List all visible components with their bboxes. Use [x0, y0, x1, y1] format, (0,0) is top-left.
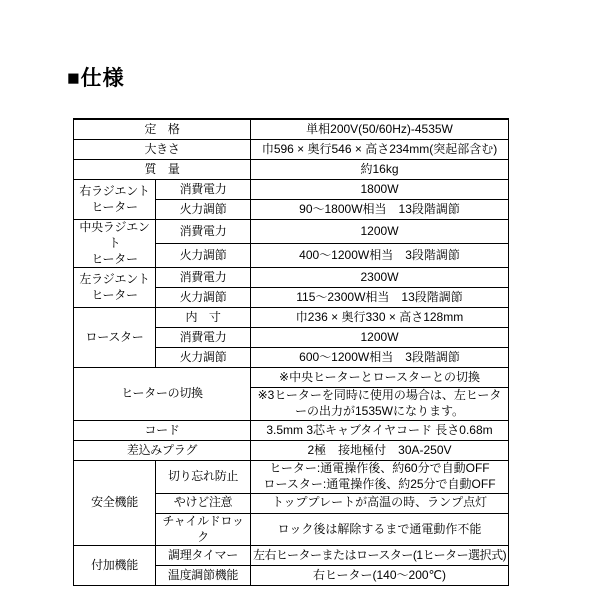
center-heater-range-label: 火力調節 [156, 244, 251, 268]
left-heater-power-label: 消費電力 [156, 268, 251, 288]
center-heater-power-label: 消費電力 [156, 220, 251, 244]
weight-value: 約16kg [251, 160, 509, 180]
switching-label: ヒーターの切換 [74, 368, 251, 421]
left-heater-range-value: 115～2300W相当 13段階調節 [251, 288, 509, 308]
rating-label: 定 格 [74, 119, 251, 140]
right-heater-range-value: 90～1800W相当 13段階調節 [251, 200, 509, 220]
extra-label: 付加機能 [74, 546, 156, 586]
extra-temp-value: 右ヒーター(140～200℃) [251, 566, 509, 586]
row-rating: 定 格 単相200V(50/60Hz)-4535W [74, 119, 509, 140]
weight-label: 質 量 [74, 160, 251, 180]
roaster-inner-value: 巾236 × 奥行330 × 高さ128mm [251, 308, 509, 328]
row-cord: コード 3.5mm 3芯キャブタイヤコード 長さ0.68m [74, 421, 509, 441]
extra-temp-label: 温度調節機能 [156, 566, 251, 586]
safety-autooff-label: 切り忘れ防止 [156, 461, 251, 494]
extra-timer-label: 調理タイマー [156, 546, 251, 566]
left-heater-range-label: 火力調節 [156, 288, 251, 308]
center-heater-label: 中央ラジエント ヒーター [74, 220, 156, 268]
row-size: 大きさ 巾596 × 奥行546 × 高さ234mm(突起部含む) [74, 140, 509, 160]
row-left-heater-power: 左ラジエント ヒーター 消費電力 2300W [74, 268, 509, 288]
row-extra-timer: 付加機能 調理タイマー 左右ヒーターまたはロースター(1ヒーター選択式) [74, 546, 509, 566]
page-title: ■仕様 [67, 62, 125, 92]
cord-value: 3.5mm 3芯キャブタイヤコード 長さ0.68m [251, 421, 509, 441]
row-safety-autooff: 安全機能 切り忘れ防止 ヒーター:通電操作後、約60分で自動OFF ロースター:… [74, 461, 509, 494]
spec-sheet-page: ■仕様 定 格 単相200V(50/60Hz)-4535W 大きさ 巾596 ×… [0, 0, 600, 600]
left-heater-label: 左ラジエント ヒーター [74, 268, 156, 308]
row-weight: 質 量 約16kg [74, 160, 509, 180]
left-heater-power-value: 2300W [251, 268, 509, 288]
safety-label: 安全機能 [74, 461, 156, 546]
roaster-inner-label: 内 寸 [156, 308, 251, 328]
safety-burn-value: トッププレートが高温の時、ランプ点灯 [251, 493, 509, 513]
rating-value: 単相200V(50/60Hz)-4535W [251, 119, 509, 140]
right-heater-range-label: 火力調節 [156, 200, 251, 220]
plug-label: 差込みプラグ [74, 441, 251, 461]
roaster-range-value: 600～1200W相当 3段階調節 [251, 348, 509, 368]
roaster-range-label: 火力調節 [156, 348, 251, 368]
spec-table: 定 格 単相200V(50/60Hz)-4535W 大きさ 巾596 × 奥行5… [73, 118, 509, 586]
cord-label: コード [74, 421, 251, 441]
center-heater-power-value: 1200W [251, 220, 509, 244]
switching-note2: ※3ヒーターを同時に使用の場合は、左ヒーターの出力が1535Wになります。 [251, 388, 509, 421]
plug-value: 2極 接地極付 30A-250V [251, 441, 509, 461]
right-heater-label: 右ラジエント ヒーター [74, 180, 156, 220]
extra-timer-value: 左右ヒーターまたはロースター(1ヒーター選択式) [251, 546, 509, 566]
row-right-heater-power: 右ラジエント ヒーター 消費電力 1800W [74, 180, 509, 200]
row-roaster-inner: ロースター 内 寸 巾236 × 奥行330 × 高さ128mm [74, 308, 509, 328]
roaster-power-label: 消費電力 [156, 328, 251, 348]
size-label: 大きさ [74, 140, 251, 160]
row-plug: 差込みプラグ 2極 接地極付 30A-250V [74, 441, 509, 461]
row-center-heater-power: 中央ラジエント ヒーター 消費電力 1200W [74, 220, 509, 244]
safety-childlock-label: チャイルドロック [156, 513, 251, 546]
safety-autooff-value: ヒーター:通電操作後、約60分で自動OFF ロースター:通電操作後、約25分で自… [251, 461, 509, 494]
switching-note1: ※中央ヒーターとロースターとの切換 [251, 368, 509, 388]
right-heater-power-value: 1800W [251, 180, 509, 200]
right-heater-power-label: 消費電力 [156, 180, 251, 200]
safety-burn-label: やけど注意 [156, 493, 251, 513]
center-heater-range-value: 400～1200W相当 3段階調節 [251, 244, 509, 268]
size-value: 巾596 × 奥行546 × 高さ234mm(突起部含む) [251, 140, 509, 160]
roaster-label: ロースター [74, 308, 156, 368]
row-switching-note1: ヒーターの切換 ※中央ヒーターとロースターとの切換 [74, 368, 509, 388]
safety-childlock-value: ロック後は解除するまで通電動作不能 [251, 513, 509, 546]
roaster-power-value: 1200W [251, 328, 509, 348]
